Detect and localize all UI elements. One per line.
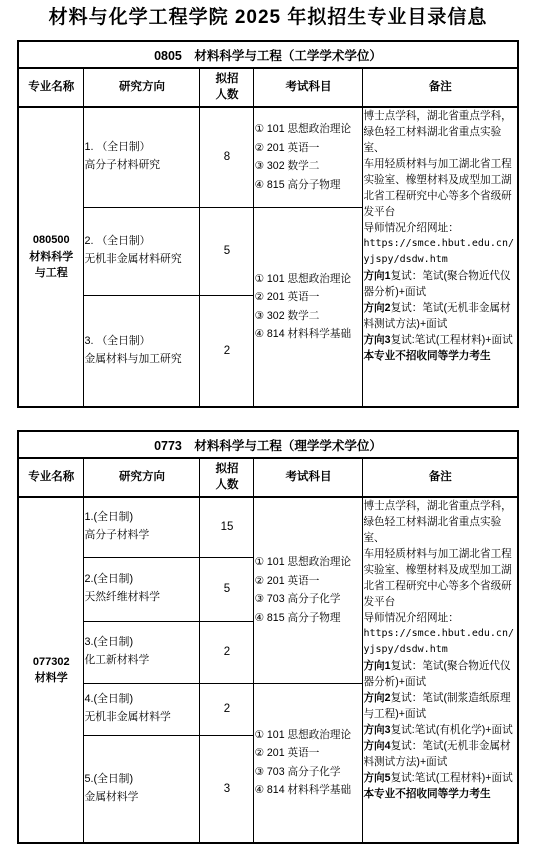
exam-subjects-cell: ① 101 思想政治理论 ② 201 英语一 ③ 703 高分子化学 ④ 815… — [254, 497, 363, 683]
document-page: 材料与化学工程学院 2025 年拟招生专业目录信息 0805 材料科学与工程（工… — [0, 0, 536, 844]
col-header-remarks: 备注 — [363, 68, 518, 107]
remarks-cell: 博士点学科，湖北省重点学科，绿色轻工材料湖北省重点实验室、车用轻质材料与加工湖北… — [363, 497, 518, 843]
col-header-subjects: 考试科目 — [254, 68, 363, 107]
degree-program-header: 0773 材料科学与工程（理学学术学位） — [18, 431, 518, 458]
note-line: 方向4复试：笔试(无机非金属材料测试方法)+面试 — [363, 738, 517, 770]
col-header-major: 专业名称 — [18, 458, 84, 497]
note-line: 博士点学科，湖北省重点学科，绿色轻工材料湖北省重点实验室、 — [363, 498, 517, 546]
quota-cell: 2 — [200, 683, 254, 735]
note-direction-label: 方向1 — [363, 270, 390, 282]
quota-cell: 2 — [200, 621, 254, 683]
quota-cell: 2 — [200, 295, 254, 407]
note-direction-label: 方向2 — [363, 302, 390, 314]
catalog-table-engineering: 0805 材料科学与工程（工学学术学位） 专业名称 研究方向 拟招 人数 考试科… — [17, 40, 519, 408]
catalog-table-science: 0773 材料科学与工程（理学学术学位） 专业名称 研究方向 拟招 人数 考试科… — [17, 430, 519, 844]
note-line: 方向2复试：笔试(无机非金属材料测试方法)+面试 — [363, 300, 517, 332]
exam-subjects-cell: ① 101 思想政治理论 ② 201 英语一 ③ 302 数学二 ④ 815 高… — [254, 107, 363, 207]
note-direction-label: 方向4 — [363, 740, 390, 752]
note-line: 车用轻质材料与加工湖北省工程实验室、橡塑材料及成型加工湖北省工程研究中心等多个省… — [363, 156, 517, 220]
exam-subjects-cell: ① 101 思想政治理论 ② 201 英语一 ③ 302 数学二 ④ 814 材… — [254, 207, 363, 407]
note-line: 本专业不招收同等学力考生 — [363, 786, 517, 802]
direction-cell: 4.(全日制) 无机非金属材料学 — [84, 683, 200, 735]
note-line: https://smce.hbut.edu.cn/yjspy/dsdw.htm — [363, 236, 517, 268]
quota-cell: 5 — [200, 557, 254, 621]
note-direction-label: 方向2 — [363, 692, 390, 704]
col-header-remarks: 备注 — [363, 458, 518, 497]
col-header-quota: 拟招 人数 — [200, 68, 254, 107]
note-direction-label: 方向3 — [363, 724, 390, 736]
major-code-cell: 077302 材料学 — [18, 497, 84, 843]
note-line: 方向1复试：笔试(聚合物近代仪器分析)+面试 — [363, 268, 517, 300]
note-direction-label: 方向3 — [363, 334, 390, 346]
note-line: 方向3复试:笔试(有机化学)+面试 — [363, 722, 517, 738]
quota-cell: 5 — [200, 207, 254, 295]
note-line: 方向5复试:笔试(工程材料)+面试 — [363, 770, 517, 786]
col-header-direction: 研究方向 — [84, 68, 200, 107]
note-line: 方向3复试:笔试(工程材料)+面试 — [363, 332, 517, 348]
note-direction-label: 方向1 — [363, 660, 390, 672]
direction-cell: 1. （全日制） 高分子材料研究 — [84, 107, 200, 207]
note-line: 导师情况介绍网址： — [363, 220, 517, 236]
note-direction-label: 方向5 — [363, 772, 390, 784]
page-title: 材料与化学工程学院 2025 年拟招生专业目录信息 — [0, 5, 536, 31]
exam-subjects-cell: ① 101 思想政治理论 ② 201 英语一 ③ 703 高分子化学 ④ 814… — [254, 683, 363, 843]
degree-program-header: 0805 材料科学与工程（工学学术学位） — [18, 41, 518, 68]
note-line: 导师情况介绍网址： — [363, 610, 517, 626]
col-header-subjects: 考试科目 — [254, 458, 363, 497]
note-line: 博士点学科，湖北省重点学科，绿色轻工材料湖北省重点实验室、 — [363, 108, 517, 156]
direction-cell: 3. （全日制） 金属材料与加工研究 — [84, 295, 200, 407]
direction-cell: 3.(全日制) 化工新材料学 — [84, 621, 200, 683]
note-line: https://smce.hbut.edu.cn/yjspy/dsdw.htm — [363, 626, 517, 658]
quota-cell: 8 — [200, 107, 254, 207]
note-line: 方向1复试：笔试(聚合物近代仪器分析)+面试 — [363, 658, 517, 690]
col-header-major: 专业名称 — [18, 68, 84, 107]
direction-cell: 5.(全日制) 金属材料学 — [84, 735, 200, 843]
quota-cell: 15 — [200, 497, 254, 557]
note-line: 方向2复试：笔试(制浆造纸原理与工程)+面试 — [363, 690, 517, 722]
note-line: 本专业不招收同等学力考生 — [363, 348, 517, 364]
direction-cell: 2.(全日制) 天然纤维材料学 — [84, 557, 200, 621]
col-header-quota: 拟招 人数 — [200, 458, 254, 497]
col-header-direction: 研究方向 — [84, 458, 200, 497]
direction-cell: 2. （全日制） 无机非金属材料研究 — [84, 207, 200, 295]
note-line: 车用轻质材料与加工湖北省工程实验室、橡塑材料及成型加工湖北省工程研究中心等多个省… — [363, 546, 517, 610]
direction-cell: 1.(全日制) 高分子材料学 — [84, 497, 200, 557]
quota-cell: 3 — [200, 735, 254, 843]
major-code-cell: 080500 材料科学 与工程 — [18, 107, 84, 407]
remarks-cell: 博士点学科，湖北省重点学科，绿色轻工材料湖北省重点实验室、车用轻质材料与加工湖北… — [363, 107, 518, 407]
